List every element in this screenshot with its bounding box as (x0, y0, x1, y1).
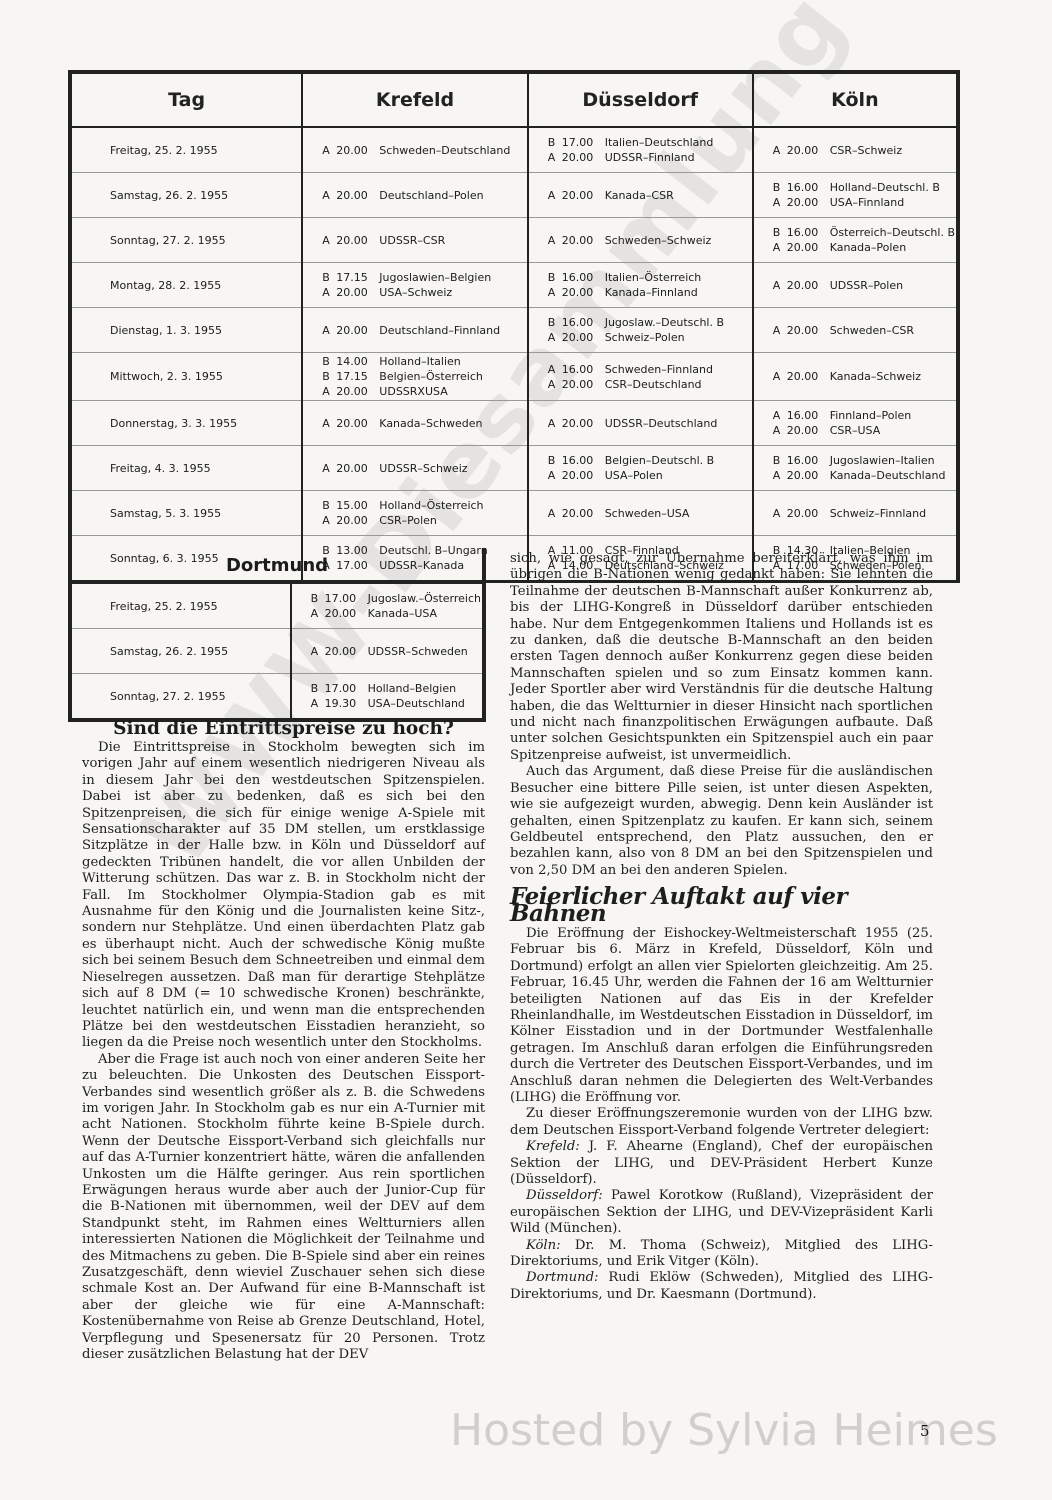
game-entry: A16.00Schweden–Finnland (530, 362, 751, 377)
day-cell: Samstag, 5. 3. 1955 (70, 491, 302, 536)
header-day: Tag (70, 72, 302, 127)
game-entry: A20.00Schweden–USA (530, 506, 751, 521)
delegate-city: Dortmund: (526, 1270, 599, 1285)
group-label: A (548, 377, 562, 392)
game-time: 20.00 (787, 468, 830, 483)
group-label: A (548, 150, 562, 165)
group-label: A (548, 188, 562, 203)
game-match: Kanada–CSR (605, 188, 674, 203)
games-cell: B17.00Jugoslaw.–ÖsterreichA20.00Kanada–U… (291, 583, 484, 629)
day-cell: Freitag, 25. 2. 1955 (70, 583, 291, 629)
game-time: 20.00 (325, 644, 368, 659)
game-time: 20.00 (336, 384, 379, 399)
games-cell: B16.00Österreich–Deutschl. BA20.00Kanada… (753, 218, 958, 263)
games-cell: A20.00UDSSR–Schweden (291, 629, 484, 674)
game-entry: A20.00UDSSR–Schweden (293, 644, 481, 659)
game-entry: B16.00Italien–Österreich (530, 270, 751, 285)
game-time: 16.00 (787, 453, 830, 468)
game-time: 19.30 (325, 696, 368, 711)
games-cell: B16.00Jugoslaw.–Deutschl. BA20.00Schweiz… (528, 308, 753, 353)
schedule-row: Freitag, 4. 3. 1955A20.00UDSSR–SchweizB1… (70, 446, 958, 491)
game-match: CSR–Schweiz (830, 143, 902, 158)
game-entry: B16.00Österreich–Deutschl. B (755, 225, 955, 240)
game-entry: B17.00Italien–Deutschland (530, 135, 751, 150)
group-label: A (322, 233, 336, 248)
day-cell: Sonntag, 27. 2. 1955 (70, 674, 291, 721)
game-match: Belgien–Österreich (379, 369, 483, 384)
game-match: UDSSRXUSA (379, 384, 447, 399)
group-label: A (773, 408, 787, 423)
group-label: A (773, 323, 787, 338)
group-label: A (322, 416, 336, 431)
day-cell: Mittwoch, 2. 3. 1955 (70, 353, 302, 401)
game-match: Schweden–Schweiz (605, 233, 712, 248)
group-label: A (322, 323, 336, 338)
games-cell: B17.00Holland–BelgienA19.30USA–Deutschla… (291, 674, 484, 721)
schedule-row: Mittwoch, 2. 3. 1955B14.00Holland–Italie… (70, 353, 958, 401)
schedule-header-row: Tag Krefeld Düsseldorf Köln (70, 72, 958, 127)
game-match: Holland–Italien (379, 354, 460, 369)
group-label: B (548, 315, 562, 330)
day-cell: Freitag, 4. 3. 1955 (70, 446, 302, 491)
group-label: A (322, 143, 336, 158)
game-match: UDSSR–Schweiz (379, 461, 467, 476)
game-entry: A20.00Kanada–CSR (530, 188, 751, 203)
game-entry: A20.00UDSSR–CSR (304, 233, 525, 248)
game-time: 20.00 (562, 377, 605, 392)
game-match: Kanada–Schweiz (830, 369, 921, 384)
game-match: Jugoslaw.–Österreich (368, 591, 481, 606)
game-time: 20.00 (787, 143, 830, 158)
game-entry: B16.00Jugoslaw.–Deutschl. B (530, 315, 751, 330)
page-number: 5 (920, 1422, 930, 1440)
game-time: 17.00 (325, 681, 368, 696)
game-time: 20.00 (562, 150, 605, 165)
game-match: Belgien–Deutschl. B (605, 453, 715, 468)
game-time: 20.00 (562, 416, 605, 431)
game-time: 17.15 (336, 270, 379, 285)
game-time: 17.15 (336, 369, 379, 384)
group-label: B (322, 369, 336, 384)
game-match: Schweiz–Finnland (830, 506, 926, 521)
game-match: Schweiz–Polen (605, 330, 685, 345)
game-time: 20.00 (787, 323, 830, 338)
game-time: 16.00 (562, 362, 605, 377)
game-time: 14.00 (336, 354, 379, 369)
group-label: A (773, 468, 787, 483)
group-label: B (322, 270, 336, 285)
schedule-row: Donnerstag, 3. 3. 1955A20.00Kanada–Schwe… (70, 401, 958, 446)
delegate-city: Düsseldorf: (526, 1188, 603, 1203)
game-match: CSR–Deutschland (605, 377, 702, 392)
dortmund-row: Sonntag, 27. 2. 1955B17.00Holland–Belgie… (70, 674, 484, 721)
games-cell: A20.00UDSSR–Schweiz (302, 446, 527, 491)
group-label: A (548, 468, 562, 483)
game-entry: A20.00CSR–Polen (304, 513, 525, 528)
game-match: Kanada–Finnland (605, 285, 698, 300)
game-entry: A16.00Finnland–Polen (755, 408, 955, 423)
group-label: A (311, 606, 325, 621)
game-match: UDSSR–Schweden (368, 644, 468, 659)
day-cell: Sonntag, 27. 2. 1955 (70, 218, 302, 263)
game-time: 20.00 (336, 416, 379, 431)
schedule-row: Sonntag, 27. 2. 1955A20.00UDSSR–CSRA20.0… (70, 218, 958, 263)
group-label: B (773, 453, 787, 468)
game-match: Kanada–Polen (830, 240, 906, 255)
article1-paragraph: sich, wie gesagt, zur Übernahme bereiter… (510, 551, 933, 764)
hosted-watermark: Hosted by Sylvia Heimes (450, 1405, 998, 1456)
schedule-row: Samstag, 5. 3. 1955B15.00Holland–Österre… (70, 491, 958, 536)
article2-title: Feierlicher Auftakt auf vier Bahnen (510, 889, 933, 922)
games-cell: B16.00Holland–Deutschl. BA20.00USA–Finnl… (753, 173, 958, 218)
article2-paragraph: Die Eröffnung der Eishockey-Weltmeisters… (510, 926, 933, 1106)
game-match: Holland–Österreich (379, 498, 483, 513)
game-entry: B16.00Holland–Deutschl. B (755, 180, 955, 195)
games-cell: A20.00UDSSR–Polen (753, 263, 958, 308)
group-label: B (322, 498, 336, 513)
game-time: 20.00 (336, 461, 379, 476)
schedule-table: Tag Krefeld Düsseldorf Köln Freitag, 25.… (68, 70, 960, 583)
games-cell: A20.00Schweden–Deutschland (302, 127, 527, 173)
group-label: A (548, 285, 562, 300)
game-match: Schweden–Finnland (605, 362, 713, 377)
games-cell: B16.00Jugoslawien–ItalienA20.00Kanada–De… (753, 446, 958, 491)
article1-paragraph: Die Eintrittspreise in Stockholm bewegte… (82, 740, 485, 1052)
game-entry: A20.00Schweiz–Polen (530, 330, 751, 345)
game-time: 20.00 (787, 240, 830, 255)
game-time: 17.00 (325, 591, 368, 606)
game-time: 20.00 (562, 285, 605, 300)
article1-paragraph: Aber die Frage ist auch noch von einer a… (82, 1052, 485, 1364)
delegate-entry: Düsseldorf: Pawel Korotkow (Rußland), Vi… (510, 1188, 933, 1237)
game-time: 20.00 (336, 513, 379, 528)
game-match: CSR–Polen (379, 513, 437, 528)
game-time: 15.00 (336, 498, 379, 513)
group-label: A (548, 233, 562, 248)
game-entry: A20.00Kanada–Finnland (530, 285, 751, 300)
games-cell: A20.00UDSSR–CSR (302, 218, 527, 263)
group-label: A (773, 278, 787, 293)
group-label: A (311, 644, 325, 659)
day-cell: Montag, 28. 2. 1955 (70, 263, 302, 308)
group-label: A (322, 513, 336, 528)
games-cell: A16.00Schweden–FinnlandA20.00CSR–Deutsch… (528, 353, 753, 401)
game-match: UDSSR–CSR (379, 233, 445, 248)
group-label: B (311, 591, 325, 606)
game-time: 20.00 (562, 188, 605, 203)
game-time: 16.00 (787, 180, 830, 195)
game-match: CSR–USA (830, 423, 881, 438)
game-entry: A19.30USA–Deutschland (293, 696, 481, 711)
games-cell: B15.00Holland–ÖsterreichA20.00CSR–Polen (302, 491, 527, 536)
right-column: sich, wie gesagt, zur Übernahme bereiter… (510, 551, 933, 1303)
games-cell: A16.00Finnland–PolenA20.00CSR–USA (753, 401, 958, 446)
games-cell: A20.00Deutschland–Finnland (302, 308, 527, 353)
game-entry: A20.00Deutschland–Finnland (304, 323, 525, 338)
game-time: 20.00 (336, 188, 379, 203)
article1-paragraph: Auch das Argument, daß diese Preise für … (510, 764, 933, 879)
game-time: 16.00 (562, 453, 605, 468)
game-entry: A20.00Schweden–CSR (755, 323, 955, 338)
delegate-entry: Dortmund: Rudi Eklöw (Schweden), Mitglie… (510, 1270, 933, 1303)
game-match: Kanada–USA (368, 606, 437, 621)
game-entry: B14.00Holland–Italien (304, 354, 525, 369)
group-label: A (548, 416, 562, 431)
games-cell: B17.15Jugoslawien–BelgienA20.00USA–Schwe… (302, 263, 527, 308)
group-label: A (322, 384, 336, 399)
day-cell: Donnerstag, 3. 3. 1955 (70, 401, 302, 446)
game-entry: A20.00UDSSR–Deutschland (530, 416, 751, 431)
game-time: 20.00 (562, 330, 605, 345)
group-label: A (773, 240, 787, 255)
game-entry: A20.00USA–Finnland (755, 195, 955, 210)
delegate-entry: Krefeld: J. F. Ahearne (England), Chef d… (510, 1139, 933, 1188)
game-time: 20.00 (787, 506, 830, 521)
game-match: Deutschland–Finnland (379, 323, 500, 338)
header-dortmund: Dortmund (70, 548, 484, 583)
game-match: Holland–Deutschl. B (830, 180, 940, 195)
game-entry: A20.00Kanada–Schweiz (755, 369, 955, 384)
game-time: 20.00 (787, 278, 830, 293)
group-label: A (548, 362, 562, 377)
game-match: USA–Schweiz (379, 285, 452, 300)
game-time: 20.00 (336, 323, 379, 338)
group-label: B (548, 135, 562, 150)
game-match: UDSSR–Finnland (605, 150, 695, 165)
left-column: Die Eintrittspreise in Stockholm bewegte… (82, 740, 485, 1363)
game-match: Finnland–Polen (830, 408, 912, 423)
game-entry: A20.00Kanada–Schweden (304, 416, 525, 431)
game-match: Schweden–CSR (830, 323, 914, 338)
group-label: A (322, 285, 336, 300)
schedule-row: Montag, 28. 2. 1955B17.15Jugoslawien–Bel… (70, 263, 958, 308)
game-entry: B17.15Jugoslawien–Belgien (304, 270, 525, 285)
game-time: 20.00 (787, 369, 830, 384)
day-cell: Dienstag, 1. 3. 1955 (70, 308, 302, 353)
games-cell: A20.00Schweden–USA (528, 491, 753, 536)
game-entry: A20.00UDSSR–Polen (755, 278, 955, 293)
games-cell: A20.00Kanada–Schweiz (753, 353, 958, 401)
game-match: Kanada–Deutschland (830, 468, 946, 483)
game-match: Jugoslawien–Italien (830, 453, 935, 468)
game-match: Deutschland–Polen (379, 188, 483, 203)
game-match: USA–Deutschland (368, 696, 465, 711)
game-time: 20.00 (562, 233, 605, 248)
game-time: 20.00 (787, 423, 830, 438)
game-entry: B17.00Jugoslaw.–Österreich (293, 591, 481, 606)
game-entry: A20.00CSR–Deutschland (530, 377, 751, 392)
group-label: A (773, 506, 787, 521)
game-entry: A20.00Schweden–Deutschland (304, 143, 525, 158)
game-time: 17.00 (562, 135, 605, 150)
day-cell: Samstag, 26. 2. 1955 (70, 173, 302, 218)
game-entry: B16.00Belgien–Deutschl. B (530, 453, 751, 468)
games-cell: B17.00Italien–DeutschlandA20.00UDSSR–Fin… (528, 127, 753, 173)
game-entry: A20.00UDSSR–Finnland (530, 150, 751, 165)
games-cell: A20.00Schweden–Schweiz (528, 218, 753, 263)
schedule-body: Freitag, 25. 2. 1955A20.00Schweden–Deuts… (70, 127, 958, 582)
game-match: UDSSR–Polen (830, 278, 903, 293)
dortmund-body: Freitag, 25. 2. 1955B17.00Jugoslaw.–Öste… (70, 583, 484, 720)
schedule-row: Freitag, 25. 2. 1955A20.00Schweden–Deuts… (70, 127, 958, 173)
game-entry: A20.00Kanada–USA (293, 606, 481, 621)
group-label: B (773, 225, 787, 240)
game-time: 16.00 (787, 408, 830, 423)
games-cell: A20.00CSR–Schweiz (753, 127, 958, 173)
game-match: Österreich–Deutschl. B (830, 225, 955, 240)
game-match: Italien–Österreich (605, 270, 702, 285)
group-label: A (322, 188, 336, 203)
game-time: 16.00 (562, 315, 605, 330)
game-match: USA–Polen (605, 468, 663, 483)
games-cell: A20.00UDSSR–Deutschland (528, 401, 753, 446)
group-label: B (311, 681, 325, 696)
game-entry: B17.15Belgien–Österreich (304, 369, 525, 384)
schedule-row: Dienstag, 1. 3. 1955A20.00Deutschland–Fi… (70, 308, 958, 353)
game-entry: A20.00USA–Schweiz (304, 285, 525, 300)
article1-title: Sind die Eintrittspreise zu hoch? (82, 718, 485, 739)
group-label: A (773, 423, 787, 438)
game-time: 20.00 (325, 606, 368, 621)
group-label: B (548, 270, 562, 285)
game-match: Jugoslawien–Belgien (379, 270, 491, 285)
game-time: 20.00 (336, 233, 379, 248)
game-entry: A20.00Schweiz–Finnland (755, 506, 955, 521)
game-match: Italien–Deutschland (605, 135, 714, 150)
games-cell: A20.00Deutschland–Polen (302, 173, 527, 218)
games-cell: B16.00Belgien–Deutschl. BA20.00USA–Polen (528, 446, 753, 491)
group-label: B (548, 453, 562, 468)
games-cell: A20.00Kanada–CSR (528, 173, 753, 218)
group-label: A (548, 330, 562, 345)
game-time: 20.00 (562, 506, 605, 521)
schedule-row: Samstag, 26. 2. 1955A20.00Deutschland–Po… (70, 173, 958, 218)
header-krefeld: Krefeld (302, 72, 527, 127)
article2-paragraph: Zu dieser Eröffnungszeremonie wurden von… (510, 1106, 933, 1139)
game-time: 16.00 (562, 270, 605, 285)
group-label: B (322, 354, 336, 369)
games-cell: A20.00Kanada–Schweden (302, 401, 527, 446)
game-entry: A20.00Deutschland–Polen (304, 188, 525, 203)
game-time: 20.00 (562, 468, 605, 483)
game-match: Kanada–Schweden (379, 416, 482, 431)
delegate-city: Köln: (526, 1238, 561, 1253)
group-label: A (311, 696, 325, 711)
game-entry: A20.00Schweden–Schweiz (530, 233, 751, 248)
game-entry: B16.00Jugoslawien–Italien (755, 453, 955, 468)
game-time: 20.00 (336, 285, 379, 300)
game-entry: A20.00Kanada–Deutschland (755, 468, 955, 483)
games-cell: B16.00Italien–ÖsterreichA20.00Kanada–Fin… (528, 263, 753, 308)
dortmund-row: Samstag, 26. 2. 1955A20.00UDSSR–Schweden (70, 629, 484, 674)
game-entry: A20.00UDSSR–Schweiz (304, 461, 525, 476)
games-cell: B14.00Holland–ItalienB17.15Belgien–Öster… (302, 353, 527, 401)
game-time: 20.00 (336, 143, 379, 158)
dortmund-row: Freitag, 25. 2. 1955B17.00Jugoslaw.–Öste… (70, 583, 484, 629)
game-match: Schweden–USA (605, 506, 690, 521)
game-entry: A20.00USA–Polen (530, 468, 751, 483)
game-match: Schweden–Deutschland (379, 143, 510, 158)
games-cell: A20.00Schweden–CSR (753, 308, 958, 353)
game-time: 20.00 (787, 195, 830, 210)
game-time: 16.00 (787, 225, 830, 240)
game-entry: B17.00Holland–Belgien (293, 681, 481, 696)
game-entry: A20.00CSR–USA (755, 423, 955, 438)
header-koeln: Köln (753, 72, 958, 127)
dortmund-table: Dortmund Freitag, 25. 2. 1955B17.00Jugos… (68, 548, 486, 722)
game-match: USA–Finnland (830, 195, 905, 210)
games-cell: A20.00Schweiz–Finnland (753, 491, 958, 536)
delegate-city: Krefeld: (526, 1139, 580, 1154)
game-match: Holland–Belgien (368, 681, 456, 696)
game-entry: A20.00Kanada–Polen (755, 240, 955, 255)
group-label: A (322, 461, 336, 476)
day-cell: Samstag, 26. 2. 1955 (70, 629, 291, 674)
group-label: B (773, 180, 787, 195)
group-label: A (773, 143, 787, 158)
day-cell: Freitag, 25. 2. 1955 (70, 127, 302, 173)
game-entry: A20.00UDSSRXUSA (304, 384, 525, 399)
delegate-entry: Köln: Dr. M. Thoma (Schweiz), Mitglied d… (510, 1238, 933, 1271)
group-label: A (548, 506, 562, 521)
game-entry: B15.00Holland–Österreich (304, 498, 525, 513)
game-entry: A20.00CSR–Schweiz (755, 143, 955, 158)
game-match: Jugoslaw.–Deutschl. B (605, 315, 724, 330)
delegate-text: Dr. M. Thoma (Schweiz), Mitglied des LIH… (510, 1238, 933, 1269)
group-label: A (773, 195, 787, 210)
game-match: UDSSR–Deutschland (605, 416, 718, 431)
group-label: A (773, 369, 787, 384)
header-duesseldorf: Düsseldorf (528, 72, 753, 127)
